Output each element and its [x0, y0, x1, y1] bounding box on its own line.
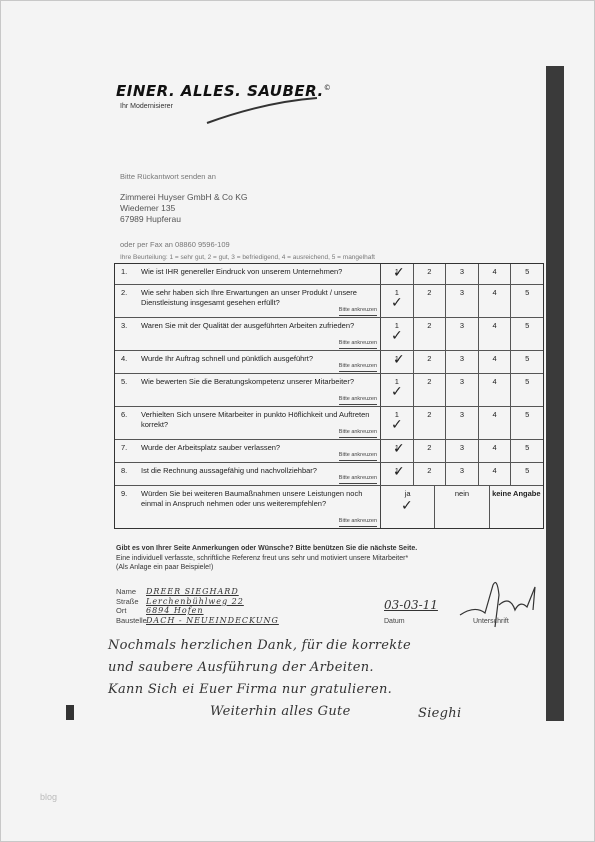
recommend-options: ja✓neinkeine Angabe: [381, 486, 543, 528]
footer-line: Eine individuell verfasste, schriftliche…: [116, 554, 417, 564]
question-number: 6.: [121, 410, 127, 420]
option-label: keine Angabe: [492, 489, 541, 498]
rating-label: 2: [427, 377, 431, 386]
rating-options: 1✓2345: [381, 285, 543, 317]
rating-label: 2: [427, 410, 431, 419]
rating-option-1[interactable]: 1✓: [381, 264, 414, 284]
rating-label: 2: [427, 321, 431, 330]
rating-option-2[interactable]: 2: [414, 318, 447, 350]
survey-row: 4.Wurde Ihr Auftrag schnell und pünktlic…: [115, 351, 543, 374]
hint-text: Bitte ankreuzen: [339, 338, 377, 349]
address-line: 67989 Hupferau: [120, 214, 248, 225]
rating-label: 2: [427, 466, 431, 475]
street-label: Straße: [116, 597, 146, 607]
survey-row: 7.Wurde der Arbeitsplatz sauber verlasse…: [115, 440, 543, 463]
rating-option-2[interactable]: 2: [414, 463, 447, 485]
rating-label: 4: [492, 443, 496, 452]
customer-fields: NameDREER SIEGHARD StraßeLerchenbühlweg …: [116, 587, 279, 625]
rating-option-3[interactable]: 3: [446, 440, 479, 462]
survey-row: 6.Verhielten Sich unsere Mitarbeiter in …: [115, 407, 543, 440]
rating-option-4[interactable]: 4: [479, 264, 512, 284]
hint-text: Bitte ankreuzen: [339, 473, 377, 484]
option-label: nein: [455, 489, 469, 498]
question-number: 5.: [121, 377, 127, 387]
rating-option-4[interactable]: 4: [479, 351, 512, 373]
rating-label: 3: [460, 443, 464, 452]
rating-option-4[interactable]: 4: [479, 463, 512, 485]
question-text: Würden Sie bei weiteren Baumaßnahmen uns…: [141, 489, 376, 509]
rating-option-3[interactable]: 3: [446, 407, 479, 439]
rating-label: 5: [525, 288, 529, 297]
scan-mark: [66, 705, 74, 720]
option-label: ja: [405, 489, 411, 498]
rating-option-2[interactable]: 2: [414, 440, 447, 462]
address-line: Wiedemer 135: [120, 203, 248, 214]
question-number: 2.: [121, 288, 127, 298]
site-value: DACH - NEUEINDECKUNG: [146, 616, 279, 625]
watermark: blog: [40, 792, 57, 802]
survey-row: 3.Waren Sie mit der Qualität der ausgefü…: [115, 318, 543, 351]
rating-label: 4: [492, 466, 496, 475]
rating-option-5[interactable]: 5: [511, 351, 543, 373]
question-cell: 6.Verhielten Sich unsere Mitarbeiter in …: [115, 407, 381, 439]
name-value: DREER SIEGHARD: [146, 587, 239, 596]
handwritten-line: Nochmals herzlichen Dank, für die korrek…: [108, 638, 411, 653]
rating-label: 4: [492, 267, 496, 276]
rating-option-5[interactable]: 5: [511, 440, 543, 462]
rating-option-1[interactable]: 1✓: [381, 374, 414, 406]
rating-options: 1✓2345: [381, 264, 543, 284]
rating-options: 1✓2345: [381, 440, 543, 462]
city-field[interactable]: Ort6894 Hofen: [116, 606, 279, 616]
survey-row: 1.Wie ist IHR genereller Eindruck von un…: [115, 264, 543, 285]
question-number: 4.: [121, 354, 127, 364]
question-cell: 5.Wie bewerten Sie die Beratungskompeten…: [115, 374, 381, 406]
rating-label: 4: [492, 410, 496, 419]
rating-label: 4: [492, 377, 496, 386]
site-label: Baustelle: [116, 616, 146, 626]
rating-option-1[interactable]: 1✓: [381, 463, 414, 485]
site-field[interactable]: BaustelleDACH - NEUEINDECKUNG: [116, 616, 279, 626]
question-cell: 1.Wie ist IHR genereller Eindruck von un…: [115, 264, 381, 284]
survey-row-recommend: 9.Würden Sie bei weiteren Baumaßnahmen u…: [115, 486, 543, 528]
rating-options: 1✓2345: [381, 463, 543, 485]
rating-options: 1✓2345: [381, 374, 543, 406]
rating-label: 3: [460, 377, 464, 386]
tagline: Ihr Modernisierer: [120, 103, 173, 110]
handwritten-line: Weiterhin alles Gute: [210, 704, 351, 719]
logo-mark: ©: [324, 84, 332, 92]
rating-option-5[interactable]: 5: [511, 285, 543, 317]
rating-option-5[interactable]: 5: [511, 407, 543, 439]
street-value: Lerchenbühlweg 22: [146, 597, 244, 606]
check-icon: ✓: [391, 295, 403, 311]
scan-edge-bar: [546, 66, 564, 721]
question-text: Wie ist IHR genereller Eindruck von unse…: [141, 267, 376, 277]
question-text: Waren Sie mit der Qualität der ausgeführ…: [141, 321, 376, 331]
date-value: 03-03-11: [384, 598, 438, 612]
question-text: Wie bewerten Sie die Beratungskompetenz …: [141, 377, 376, 387]
recommend-option[interactable]: ja✓: [381, 486, 435, 528]
survey-row: 5.Wie bewerten Sie die Beratungskompeten…: [115, 374, 543, 407]
check-icon: ✓: [393, 464, 405, 480]
survey-row: 8.Ist die Rechnung aussagefähig und nach…: [115, 463, 543, 486]
rating-label: 3: [460, 410, 464, 419]
rating-label: 4: [492, 354, 496, 363]
rating-option-2[interactable]: 2: [414, 407, 447, 439]
recommend-option[interactable]: nein: [435, 486, 489, 528]
rating-label: 3: [460, 267, 464, 276]
rating-option-1[interactable]: 1✓: [381, 440, 414, 462]
check-icon: ✓: [393, 352, 405, 368]
question-cell: 3.Waren Sie mit der Qualität der ausgefü…: [115, 318, 381, 350]
rating-label: 3: [460, 354, 464, 363]
rating-option-2[interactable]: 2: [414, 285, 447, 317]
rating-option-1[interactable]: 1✓: [381, 351, 414, 373]
rating-option-4[interactable]: 4: [479, 318, 512, 350]
fax-note: oder per Fax an 08860 9596-109: [120, 240, 230, 249]
rating-label: 4: [492, 288, 496, 297]
hint-text: Bitte ankreuzen: [339, 450, 377, 461]
rating-label: 2: [427, 267, 431, 276]
rating-label: 2: [427, 288, 431, 297]
rating-option-3[interactable]: 3: [446, 318, 479, 350]
hint-text: Bitte ankreuzen: [339, 516, 377, 527]
rating-option-3[interactable]: 3: [446, 374, 479, 406]
question-number: 8.: [121, 466, 127, 476]
handwritten-line: und saubere Ausführung der Arbeiten.: [108, 660, 374, 675]
rating-option-4[interactable]: 4: [479, 285, 512, 317]
rating-label: 5: [525, 466, 529, 475]
reply-note: Bitte Rückantwort senden an: [120, 172, 216, 181]
rating-label: 2: [427, 354, 431, 363]
rating-option-5[interactable]: 5: [511, 264, 543, 284]
signature-label: Unterschrift: [473, 618, 509, 625]
rating-label: 5: [525, 377, 529, 386]
rating-label: 5: [525, 443, 529, 452]
rating-label: 4: [492, 321, 496, 330]
rating-label: 3: [460, 288, 464, 297]
rating-option-3[interactable]: 3: [446, 264, 479, 284]
question-cell: 2.Wie sehr haben sich Ihre Erwartungen a…: [115, 285, 381, 317]
rating-legend: Ihre Beurteilung: 1 = sehr gut, 2 = gut,…: [120, 254, 375, 261]
swoosh-icon: [205, 96, 320, 126]
question-number: 7.: [121, 443, 127, 453]
name-label: Name: [116, 587, 146, 597]
rating-label: 2: [427, 443, 431, 452]
question-cell: 8.Ist die Rechnung aussagefähig und nach…: [115, 463, 381, 485]
question-number: 3.: [121, 321, 127, 331]
rating-option-1[interactable]: 1✓: [381, 407, 414, 439]
survey-row: 2.Wie sehr haben sich Ihre Erwartungen a…: [115, 285, 543, 318]
handwritten-signature: Sieghi: [418, 706, 461, 721]
check-icon: ✓: [401, 498, 413, 514]
rating-option-3[interactable]: 3: [446, 351, 479, 373]
check-icon: ✓: [391, 328, 403, 344]
rating-option-3[interactable]: 3: [446, 285, 479, 317]
city-value: 6894 Hofen: [146, 606, 204, 615]
address-line: Zimmerei Huyser GmbH & Co KG: [120, 192, 248, 203]
footer-line: (Als Anlage ein paar Beispiele!): [116, 563, 417, 573]
rating-label: 5: [525, 321, 529, 330]
rating-label: 3: [460, 321, 464, 330]
rating-option-4[interactable]: 4: [479, 440, 512, 462]
rating-option-1[interactable]: 1✓: [381, 318, 414, 350]
rating-label: 3: [460, 466, 464, 475]
question-cell: 4.Wurde Ihr Auftrag schnell und pünktlic…: [115, 351, 381, 373]
rating-option-5[interactable]: 5: [511, 374, 543, 406]
rating-option-1[interactable]: 1✓: [381, 285, 414, 317]
rating-options: 1✓2345: [381, 351, 543, 373]
rating-option-5[interactable]: 5: [511, 463, 543, 485]
rating-option-2[interactable]: 2: [414, 351, 447, 373]
hint-text: Bitte ankreuzen: [339, 394, 377, 405]
check-icon: ✓: [391, 417, 403, 433]
check-icon: ✓: [393, 265, 405, 281]
question-number: 9.: [121, 489, 127, 499]
recipient-address: Zimmerei Huyser GmbH & Co KG Wiedemer 13…: [120, 192, 248, 225]
footer-line: Gibt es von Ihrer Seite Anmerkungen oder…: [116, 544, 417, 554]
question-number: 1.: [121, 267, 127, 277]
rating-option-2[interactable]: 2: [414, 374, 447, 406]
hint-text: Bitte ankreuzen: [339, 361, 377, 372]
date-label: Datum: [384, 618, 405, 625]
rating-options: 1✓2345: [381, 318, 543, 350]
survey-table: 1.Wie ist IHR genereller Eindruck von un…: [114, 263, 544, 529]
check-icon: ✓: [393, 441, 405, 457]
rating-option-4[interactable]: 4: [479, 407, 512, 439]
rating-label: 5: [525, 410, 529, 419]
rating-label: 5: [525, 354, 529, 363]
rating-options: 1✓2345: [381, 407, 543, 439]
rating-option-4[interactable]: 4: [479, 374, 512, 406]
street-field[interactable]: StraßeLerchenbühlweg 22: [116, 597, 279, 607]
rating-option-5[interactable]: 5: [511, 318, 543, 350]
recommend-option[interactable]: keine Angabe: [490, 486, 543, 528]
check-icon: ✓: [391, 384, 403, 400]
hint-text: Bitte ankreuzen: [339, 427, 377, 438]
rating-option-3[interactable]: 3: [446, 463, 479, 485]
question-cell: 9.Würden Sie bei weiteren Baumaßnahmen u…: [115, 486, 381, 528]
footer-note: Gibt es von Ihrer Seite Anmerkungen oder…: [116, 544, 417, 573]
question-cell: 7.Wurde der Arbeitsplatz sauber verlasse…: [115, 440, 381, 462]
rating-label: 5: [525, 267, 529, 276]
rating-option-2[interactable]: 2: [414, 264, 447, 284]
hint-text: Bitte ankreuzen: [339, 305, 377, 316]
city-label: Ort: [116, 606, 146, 616]
name-field[interactable]: NameDREER SIEGHARD: [116, 587, 279, 597]
handwritten-line: Kann Sich ei Euer Firma nur gratulieren.: [108, 682, 392, 697]
